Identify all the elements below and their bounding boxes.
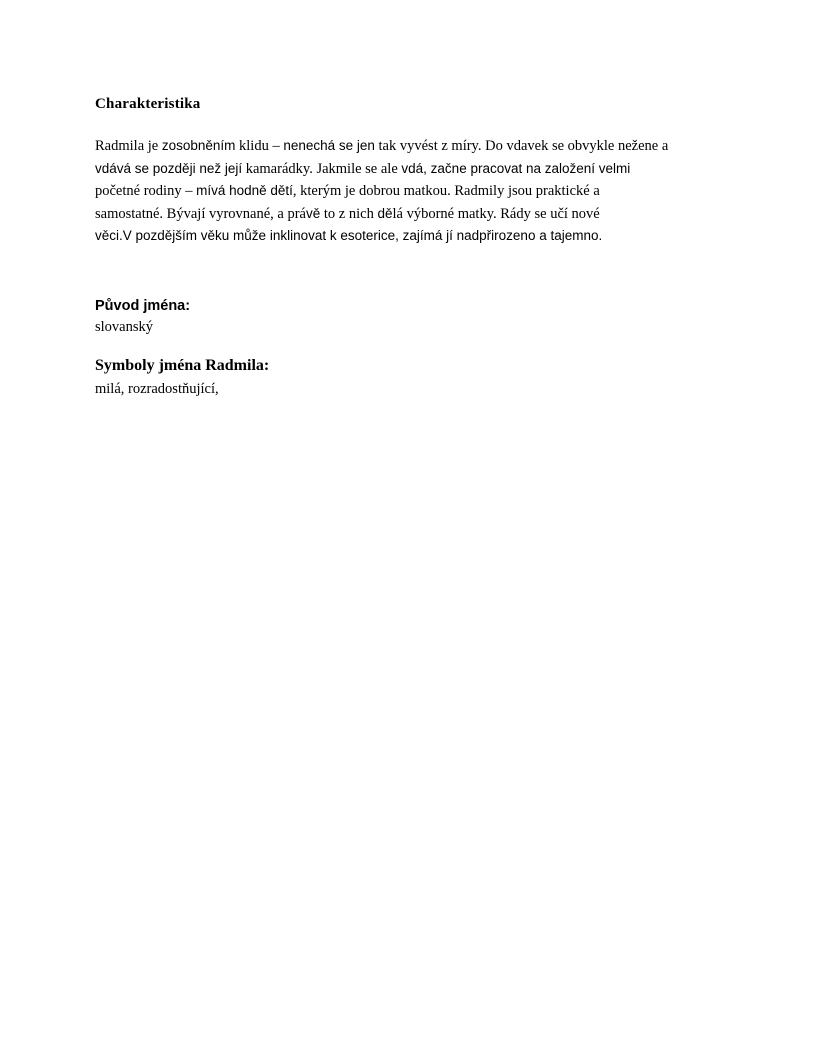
text-run: vdá, začne pracovat na založení velmi [401,161,630,176]
text-run: to z nich [320,206,377,222]
text-run: tak vyvést z míry. Do vdavek se obvykle … [375,138,668,154]
text-run: početné rodiny – [95,183,196,199]
text-run: lá výborné matky. Rády se učí nové [392,206,599,222]
text-run: věci.V pozdějším věku může inklinovat k … [95,228,602,243]
text-run: kamarádky. Jakmile se ale [242,161,401,177]
text-run: klidu – [235,138,283,154]
paragraph-line: Radmila je zosobněním klidu – nenechá se… [95,135,735,158]
symbols-value: milá, rozradostňující, [95,381,219,398]
text-run: , kterým je dobrou matkou. Radmily jsou … [293,183,600,199]
origin-heading: Původ jména: [95,298,190,314]
paragraph-line: početné rodiny – mívá hodně dětí, kterým… [95,180,735,203]
text-run: dě [377,206,392,221]
text-run: vdává se později než její [95,161,242,176]
text-run: mívá hodně dětí [196,183,293,198]
symbols-heading: Symboly jména Radmila: [95,357,269,375]
text-run: Radmila je [95,138,162,154]
text-run: zosobněním [162,138,236,153]
origin-value: slovanský [95,319,153,336]
text-run: vě [306,206,320,221]
section-title: Charakteristika [95,96,201,113]
paragraph-line: vdává se později než její kamarádky. Jak… [95,158,735,181]
paragraph-line: věci.V pozdějším věku může inklinovat k … [95,225,735,248]
characteristics-paragraph: Radmila je zosobněním klidu – nenechá se… [95,135,735,248]
text-run: samostatné. Bývají vyrovnané, a prá [95,206,306,222]
text-run: nenechá se jen [283,138,375,153]
paragraph-line: samostatné. Bývají vyrovnané, a právě to… [95,203,735,226]
